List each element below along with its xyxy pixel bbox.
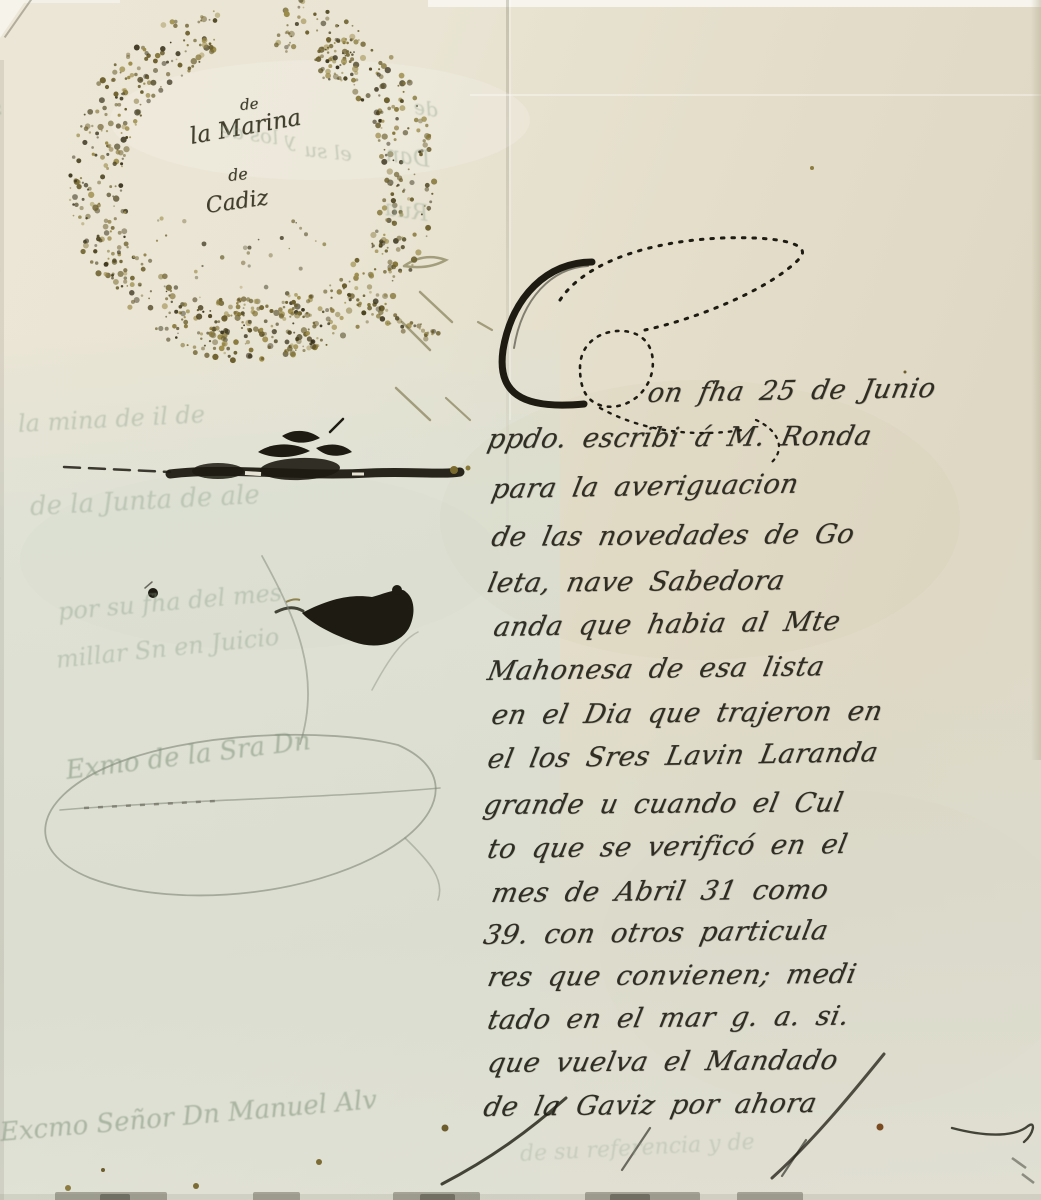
olive-bleed-marks [396,257,492,420]
manuscript-line: en el Dia que trajeron en [489,696,886,731]
manuscript-line: para la averiguacion [489,469,801,505]
laurel-wreath-seal [68,0,440,363]
manuscript-line: ppdo. escribi á M. Ronda [485,421,875,455]
manuscript-line: Mahonesa de esa lista [485,651,827,687]
manuscript-line: de las novedades de Go [489,519,858,553]
manuscript-line: mes de Abril 31 como [489,874,832,909]
ghost-bleed-line: el su [303,137,353,166]
cutoff-text-fragment [420,1194,455,1200]
manuscript-line: 39. con otros particula [481,915,831,951]
manuscript-line: anda que habia al Mte [491,606,843,643]
seal-text-line: de [227,164,249,185]
manuscript-line: de la Gaviz por ahora [481,1088,820,1123]
manuscript-scan: de la Marina de Cadiz se ha de y los de … [0,0,1041,1200]
manuscript-line: grande u cuando el Cul [481,787,846,821]
manuscript-line: leta, nave Sabedora [485,565,788,599]
cutoff-text-fragment [253,1192,300,1200]
cutoff-text-fragment [100,1194,130,1200]
cutoff-text-fragment [737,1192,803,1200]
cutoff-text-fragment [610,1194,650,1200]
manuscript-line: res que convienen; medi [485,959,860,993]
manuscript-line: que vuelva el Mandado [485,1045,841,1079]
ghost-bleed-line: de [412,95,440,122]
manuscript-line: on fha 25 de Junio [645,373,939,409]
manuscript-line: tado en el mar g. a. si. [485,1001,852,1036]
manuscript-line: to que se verificó en el [485,829,850,865]
